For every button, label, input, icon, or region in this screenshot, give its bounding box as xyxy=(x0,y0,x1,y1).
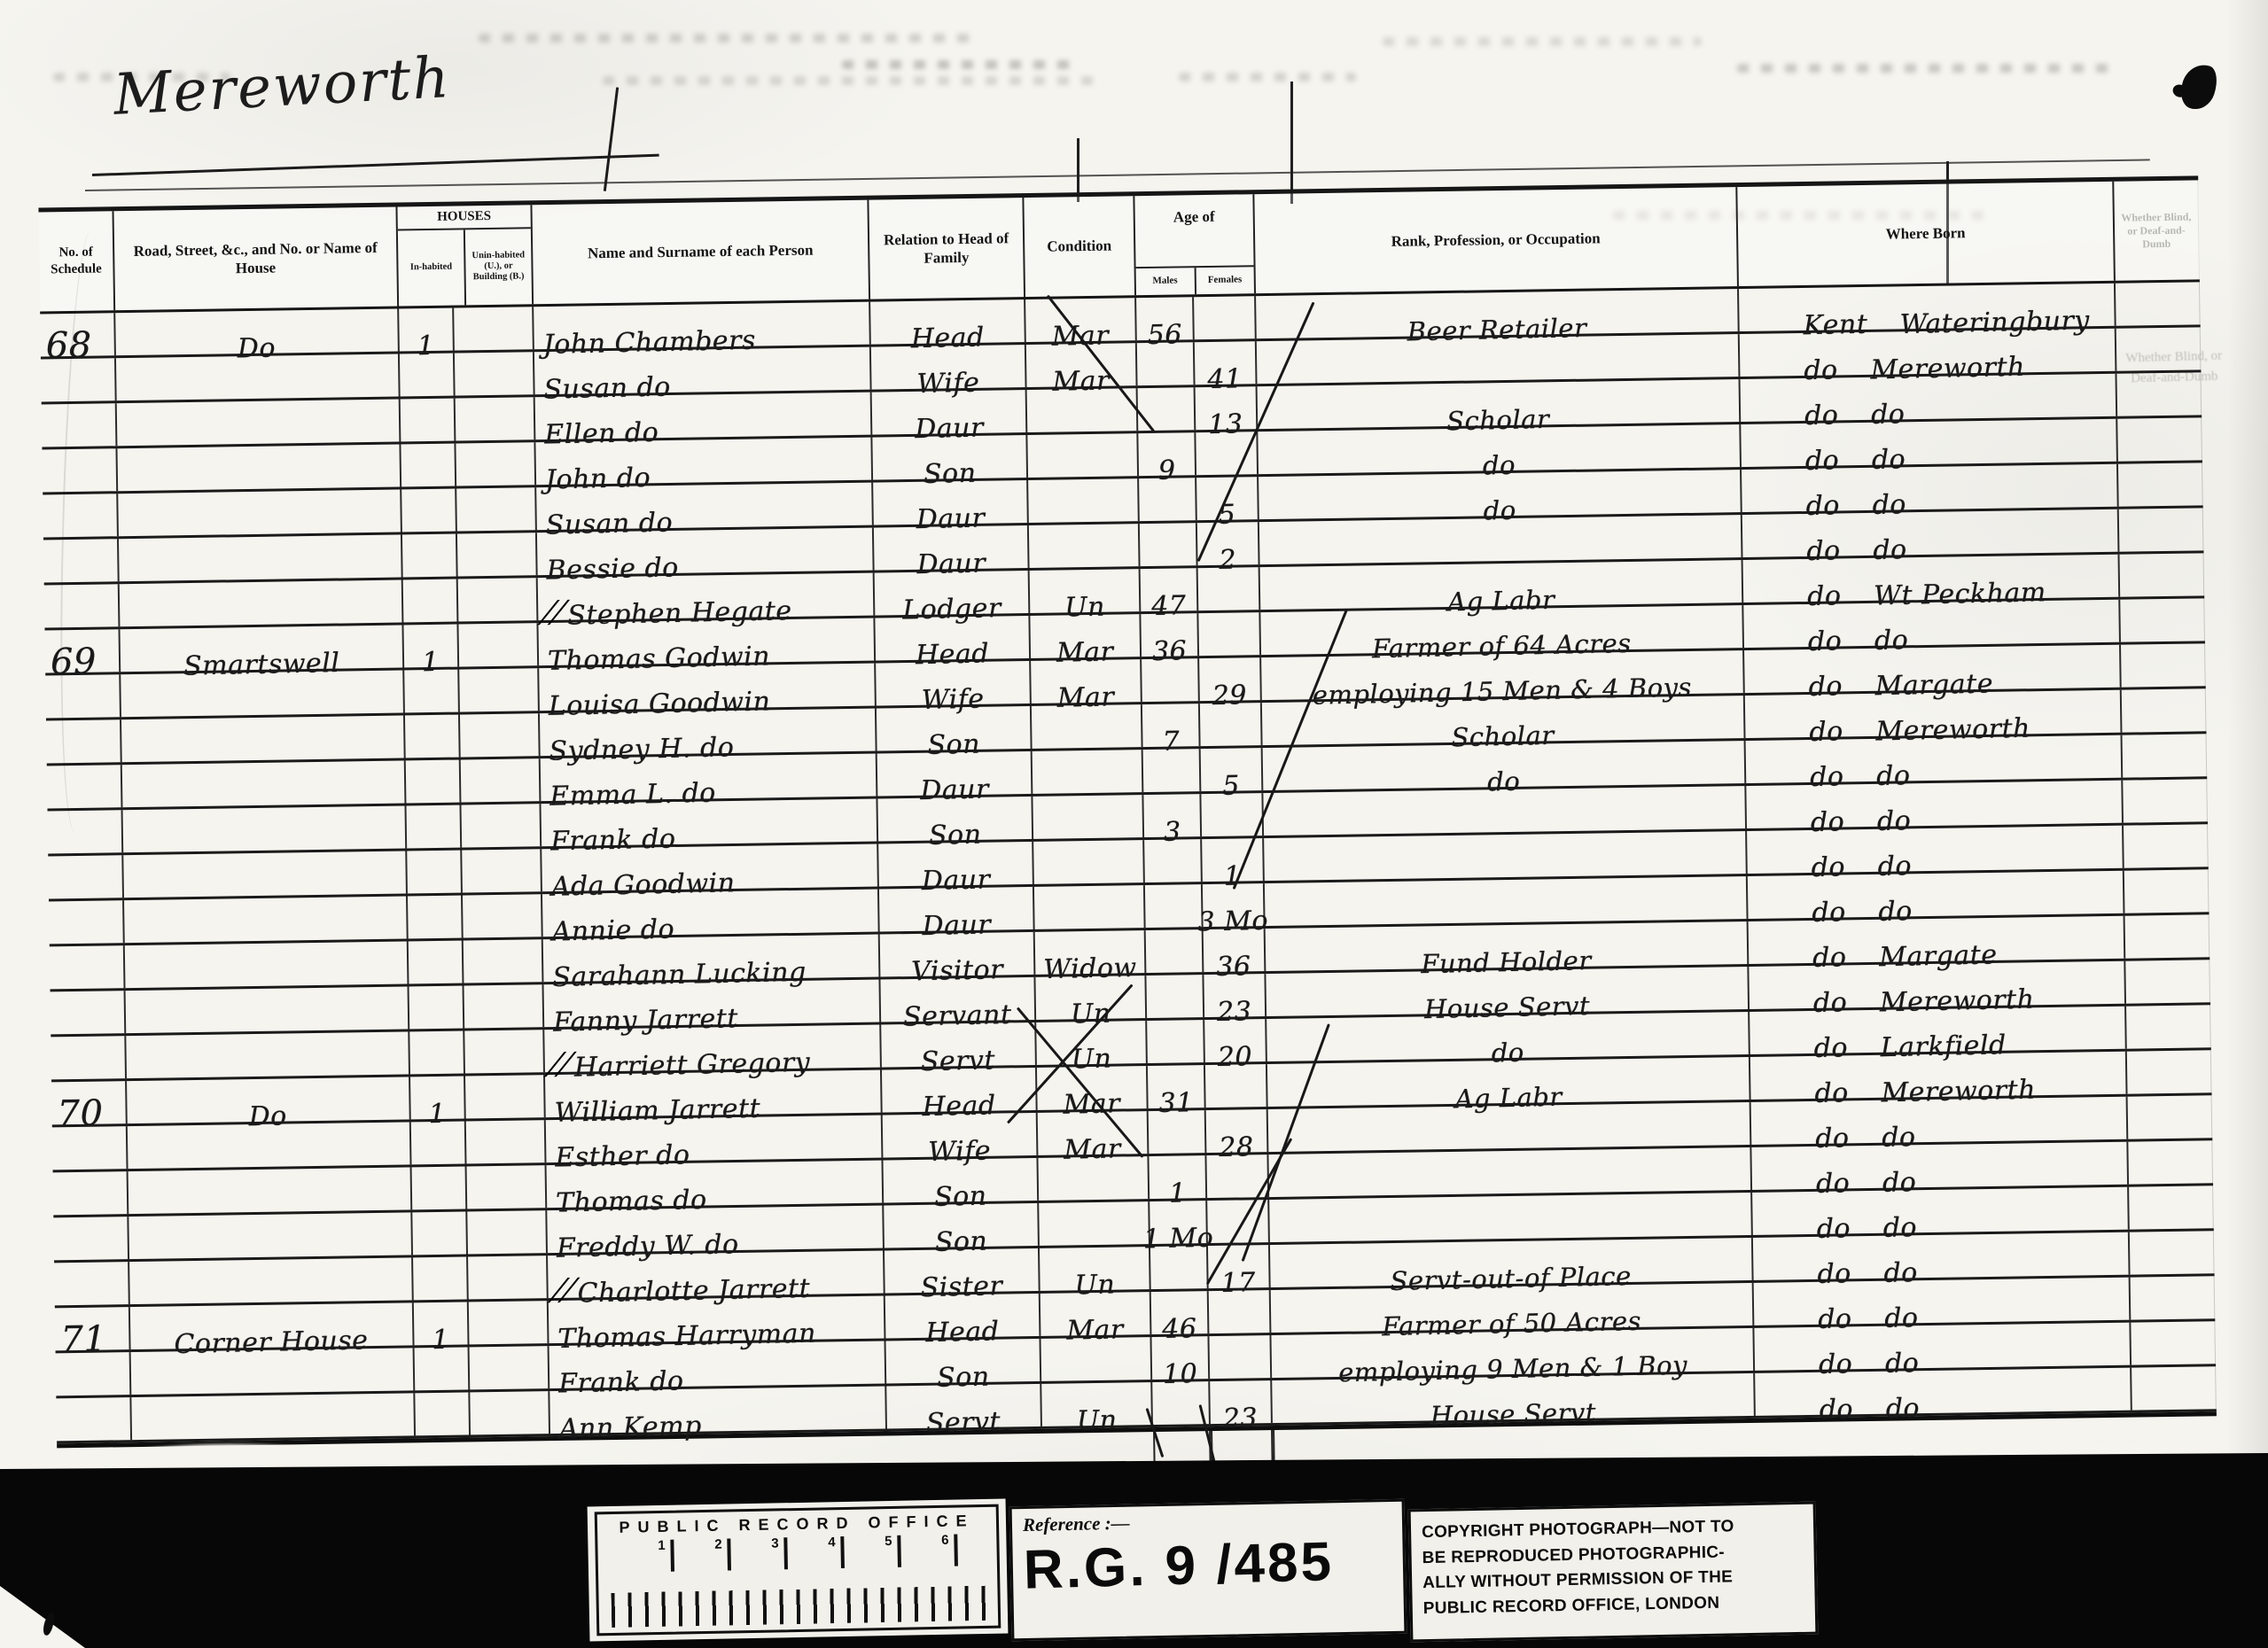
cell-age-female xyxy=(1194,296,1257,339)
header-name: Name and Surname of each Person xyxy=(532,200,870,305)
cell-schedule-number: 68 xyxy=(40,313,116,356)
cell-condition: Widow xyxy=(1035,930,1147,975)
cell-houses-uninhabited xyxy=(466,1120,547,1163)
header-condition: Condition xyxy=(1024,196,1136,297)
cell-houses-uninhabited xyxy=(461,804,542,847)
cell-address xyxy=(129,1257,414,1304)
cell-age-male xyxy=(1147,1020,1205,1063)
header-age-title: Age of xyxy=(1134,194,1253,267)
cell-infirmity xyxy=(2116,282,2201,325)
cell-houses-uninhabited xyxy=(456,487,537,531)
cell-age-female: 1 xyxy=(1202,838,1265,882)
cell-schedule-number xyxy=(46,719,122,763)
cell-schedule-number xyxy=(53,1171,129,1215)
signature-underline xyxy=(92,154,659,176)
header-schedule-line1: No. of xyxy=(58,245,93,261)
cell-age-male xyxy=(1140,523,1198,566)
cell-schedule-number xyxy=(43,494,119,537)
reference-label: Reference :— xyxy=(1023,1507,1391,1536)
cell-where-born: dodo xyxy=(1746,781,2124,828)
cell-houses-inhabited xyxy=(406,805,462,849)
cell-occupation: Scholar xyxy=(1258,379,1742,429)
cell-condition: Un xyxy=(1041,1382,1153,1426)
cell-condition xyxy=(1027,433,1139,478)
scan-edge-shadow xyxy=(2227,0,2268,1506)
cell-houses-inhabited xyxy=(413,1256,469,1300)
cell-houses-inhabited: 1 xyxy=(403,625,459,668)
cell-infirmity xyxy=(2132,1366,2217,1410)
cell-houses-uninhabited xyxy=(465,1075,546,1118)
bleedthrough-smudge xyxy=(842,60,1072,69)
cell-infirmity xyxy=(2125,914,2210,958)
cell-age-male: 1 xyxy=(1149,1155,1207,1199)
cell-schedule-number xyxy=(43,539,120,582)
cell-age-male: 31 xyxy=(1148,1065,1206,1108)
header-schedule: No. of Schedule xyxy=(39,211,116,311)
cell-where-born: dodo xyxy=(1748,871,2125,919)
cell-address xyxy=(118,489,402,536)
ruler-tick-strip: 1 2 xyxy=(611,1571,989,1628)
cell-infirmity xyxy=(2126,1005,2211,1048)
cell-address xyxy=(126,1031,410,1078)
cell-infirmity xyxy=(2124,824,2209,867)
cell-age-female: 23 xyxy=(1210,1380,1273,1424)
cell-houses-uninhabited xyxy=(458,623,539,666)
cell-address xyxy=(121,715,406,762)
cell-houses-uninhabited xyxy=(467,1165,548,1209)
ruler-number: 6 xyxy=(941,1533,949,1572)
cell-occupation: Ag Labr xyxy=(1260,560,1744,610)
cell-address xyxy=(117,399,401,446)
copyright-stamp: COPYRIGHT PHOTOGRAPH—NOT TO BE REPRODUCE… xyxy=(1408,1502,1819,1643)
cell-where-born: dodo xyxy=(1747,826,2124,874)
cell-infirmity xyxy=(2122,688,2207,732)
cell-houses-uninhabited xyxy=(456,397,536,440)
cell-condition xyxy=(1029,524,1141,568)
cell-where-born: doMargate xyxy=(1744,645,2122,693)
cell-address xyxy=(119,534,403,581)
cell-schedule-number xyxy=(51,991,127,1034)
cell-houses-inhabited xyxy=(408,896,464,939)
cell-condition xyxy=(1033,840,1145,884)
scanned-census-page: Mereworth Whether Blind, or Deaf-and-Dum… xyxy=(0,0,2268,1648)
cell-condition xyxy=(1033,795,1144,839)
cell-infirmity xyxy=(2131,1321,2216,1364)
cell-schedule-number xyxy=(50,945,126,989)
ruler-number: 3 xyxy=(771,1535,779,1574)
cell-houses-uninhabited xyxy=(470,1391,550,1434)
cell-schedule-number xyxy=(51,1036,127,1079)
cell-schedule-number xyxy=(49,900,125,944)
cell-address: Do xyxy=(115,309,400,356)
cell-condition xyxy=(1034,885,1146,929)
cell-condition xyxy=(1028,478,1140,523)
cell-houses-uninhabited xyxy=(459,668,540,711)
cell-houses-uninhabited xyxy=(468,1255,549,1299)
cell-infirmity xyxy=(2117,417,2202,461)
header-road: Road, Street, &c., and No. or Name of Ho… xyxy=(113,207,399,311)
cell-houses-uninhabited xyxy=(462,849,542,892)
cell-houses-uninhabited xyxy=(458,578,539,621)
cell-address xyxy=(129,1212,413,1259)
cell-address xyxy=(123,805,408,852)
ink-blot xyxy=(2176,59,2222,113)
header-houses-inhabited: In-habited xyxy=(398,229,466,306)
cell-where-born: KentWateringbury xyxy=(1739,284,2116,331)
cell-schedule-number xyxy=(47,765,123,808)
cell-occupation xyxy=(1265,876,1749,926)
cell-address: Corner House xyxy=(130,1302,415,1349)
cell-infirmity xyxy=(2119,553,2204,596)
cell-condition: Mar xyxy=(1025,298,1137,342)
cell-infirmity xyxy=(2125,960,2210,1003)
cell-address: Do xyxy=(127,1077,411,1123)
cell-houses-inhabited xyxy=(412,1211,468,1255)
header-houses-uninhabited: Unin-habited (U.), or Building (B.) xyxy=(465,229,532,305)
cell-houses-inhabited xyxy=(402,534,458,578)
cell-occupation xyxy=(1269,1193,1753,1242)
table-body: 68 Do 1 John Chambers Head Mar 56 Beer R… xyxy=(40,282,2217,1448)
cell-infirmity xyxy=(2121,643,2206,687)
cell-where-born: dodo xyxy=(1754,1278,2132,1325)
cell-where-born: dodo xyxy=(1741,419,2118,467)
header-occupation: Rank, Profession, or Occupation xyxy=(1254,187,1739,293)
cell-age-male xyxy=(1146,975,1204,1018)
cell-infirmity xyxy=(2124,869,2210,913)
pro-ruler-stamp: PUBLIC RECORD OFFICE 123456 1 2 xyxy=(588,1498,1009,1641)
district-name-handwritten: Mereworth xyxy=(113,50,453,124)
cell-houses-uninhabited xyxy=(464,1030,545,1073)
header-schedule-line2: Schedule xyxy=(51,260,102,278)
cell-schedule-number xyxy=(42,448,118,492)
census-table: No. of Schedule Road, Street, &c., and N… xyxy=(38,175,2217,1503)
cell-address xyxy=(126,986,410,1033)
cell-houses-uninhabited xyxy=(470,1346,550,1389)
cell-age-female: 28 xyxy=(1206,1109,1269,1153)
cell-occupation: Fund Holder xyxy=(1266,921,1750,971)
cell-age-female xyxy=(1209,1335,1272,1379)
bleedthrough-smudge xyxy=(603,76,1099,85)
cell-address xyxy=(122,760,407,807)
header-relation: Relation to Head of Family xyxy=(869,198,1025,299)
cell-houses-inhabited xyxy=(412,1166,468,1209)
cell-age-female xyxy=(1198,612,1261,656)
cell-occupation xyxy=(1264,831,1748,881)
cell-condition: Un xyxy=(1030,569,1142,613)
ruler-number: 5 xyxy=(885,1534,892,1573)
cell-houses-inhabited: 1 xyxy=(414,1302,470,1345)
cell-address: Smartswell xyxy=(120,625,404,672)
cell-age-male xyxy=(1146,929,1204,973)
cell-address xyxy=(129,1167,413,1214)
bleedthrough-smudge xyxy=(1737,64,2109,73)
header-infirmity: Whether Blind, or Deaf-and-Dumb xyxy=(2114,180,2200,280)
cell-address xyxy=(131,1393,416,1440)
cell-houses-uninhabited xyxy=(457,532,538,576)
cell-age-male: 3 xyxy=(1143,794,1202,837)
cell-age-male: 56 xyxy=(1136,297,1195,340)
cell-infirmity xyxy=(2119,508,2204,551)
cell-age-male xyxy=(1145,884,1204,928)
cell-age-female: 41 xyxy=(1195,341,1258,385)
cell-infirmity xyxy=(2129,1185,2214,1229)
cell-infirmity xyxy=(2128,1140,2213,1184)
cell-address xyxy=(123,851,408,898)
cell-houses-uninhabited xyxy=(463,894,543,937)
cell-houses-inhabited xyxy=(401,489,457,532)
cell-age-male: 7 xyxy=(1142,704,1201,747)
header-where-born: Where Born xyxy=(1737,182,2116,286)
cell-age-male: 46 xyxy=(1151,1291,1210,1334)
cell-address xyxy=(124,896,409,943)
reference-value: R.G. 9 /485 xyxy=(1023,1533,1393,1598)
cell-houses-inhabited xyxy=(401,399,456,442)
cell-age-male: 47 xyxy=(1141,568,1199,611)
reference-stamp: Reference :— R.G. 9 /485 xyxy=(1009,1499,1407,1642)
bleedthrough-smudge xyxy=(1179,73,1356,82)
cell-houses-inhabited xyxy=(405,715,461,758)
cell-houses-inhabited xyxy=(415,1392,471,1435)
cell-occupation: Servt-out-of Place xyxy=(1270,1238,1754,1287)
cell-schedule-number: 70 xyxy=(51,1081,128,1124)
cell-houses-uninhabited xyxy=(461,758,542,802)
cell-where-born: dodo xyxy=(1753,1232,2131,1280)
cell-houses-uninhabited xyxy=(455,352,535,395)
cell-schedule-number: 71 xyxy=(55,1307,131,1350)
cell-infirmity xyxy=(2123,779,2208,822)
cell-houses-inhabited xyxy=(401,444,456,487)
cell-where-born: doWt Peckham xyxy=(1743,555,2121,602)
bleedthrough-smudge xyxy=(1383,37,1702,46)
cell-where-born: dodo xyxy=(1751,1142,2129,1190)
ruler-number: 1 xyxy=(658,1538,666,1577)
cell-infirmity xyxy=(2120,598,2205,641)
cell-houses-uninhabited xyxy=(469,1301,549,1344)
cell-condition xyxy=(1039,1201,1150,1246)
cell-where-born: dodo xyxy=(1755,1368,2132,1416)
cell-houses-inhabited: 1 xyxy=(410,1076,466,1119)
cell-where-born: doMargate xyxy=(1749,916,2126,964)
cell-houses-uninhabited xyxy=(454,307,534,350)
cell-occupation: Beer Retailer xyxy=(1256,289,1740,338)
cell-condition xyxy=(1033,750,1144,794)
cell-address xyxy=(125,941,409,988)
cell-age-female: 29 xyxy=(1199,657,1262,701)
cell-age-male: 9 xyxy=(1138,432,1196,476)
cell-condition: Un xyxy=(1040,1247,1151,1291)
cell-infirmity xyxy=(2118,463,2203,506)
cell-infirmity xyxy=(2130,1231,2215,1274)
cell-houses-inhabited xyxy=(406,760,462,804)
cell-where-born: dodo xyxy=(1742,509,2120,557)
cell-houses-inhabited xyxy=(409,941,464,984)
cell-schedule-number xyxy=(48,810,124,853)
cell-schedule-number xyxy=(53,1217,129,1260)
cell-schedule-number xyxy=(44,584,121,627)
cell-infirmity xyxy=(2128,1095,2213,1139)
cell-schedule-number: 69 xyxy=(45,629,121,672)
cell-houses-uninhabited xyxy=(464,984,545,1028)
cell-schedule-number xyxy=(54,1262,130,1305)
cell-houses-uninhabited xyxy=(464,939,544,983)
cell-houses-inhabited: 1 xyxy=(399,308,455,352)
cell-age-female: 5 xyxy=(1196,477,1259,520)
header-houses-title: HOUSES xyxy=(397,205,530,230)
cell-houses-inhabited xyxy=(409,1030,465,1074)
header-age-females: Females xyxy=(1196,267,1254,294)
cell-occupation xyxy=(1268,1147,1752,1197)
cell-infirmity xyxy=(2131,1276,2216,1319)
cell-infirmity xyxy=(2116,327,2202,370)
cell-schedule-number xyxy=(56,1397,132,1441)
cell-schedule-number xyxy=(48,855,124,898)
cell-where-born: dodo xyxy=(1752,1187,2130,1235)
cell-where-born: dodo xyxy=(1742,464,2119,512)
cell-houses-inhabited xyxy=(407,851,463,894)
cell-address xyxy=(120,579,404,626)
cell-infirmity xyxy=(2123,734,2208,777)
signature-flourish xyxy=(604,87,619,190)
cell-houses-uninhabited xyxy=(456,442,536,486)
bleedthrough-smudge xyxy=(479,34,975,43)
cell-age-female: 5 xyxy=(1201,748,1264,791)
header-age-males: Males xyxy=(1136,268,1196,295)
cell-houses-inhabited xyxy=(409,986,465,1030)
cell-address xyxy=(117,444,401,491)
cell-houses-uninhabited xyxy=(467,1210,548,1254)
cell-schedule-number xyxy=(42,403,118,447)
cell-person-name: John Chambers xyxy=(534,302,871,350)
grid-line-stub xyxy=(1290,82,1293,204)
cell-houses-uninhabited xyxy=(460,713,541,757)
header-age-group: Age of Males Females xyxy=(1134,194,1256,295)
cell-infirmity xyxy=(2127,1050,2212,1093)
cell-infirmity xyxy=(2116,372,2202,416)
cell-relation: Head xyxy=(870,299,1026,345)
header-houses-group: HOUSES In-habited Unin-habited (U.), or … xyxy=(397,205,534,306)
cell-where-born: dodo xyxy=(1754,1323,2132,1371)
cell-houses-inhabited xyxy=(403,579,459,623)
ruler-number: 4 xyxy=(828,1535,836,1574)
ruler-number: 2 xyxy=(714,1537,722,1576)
